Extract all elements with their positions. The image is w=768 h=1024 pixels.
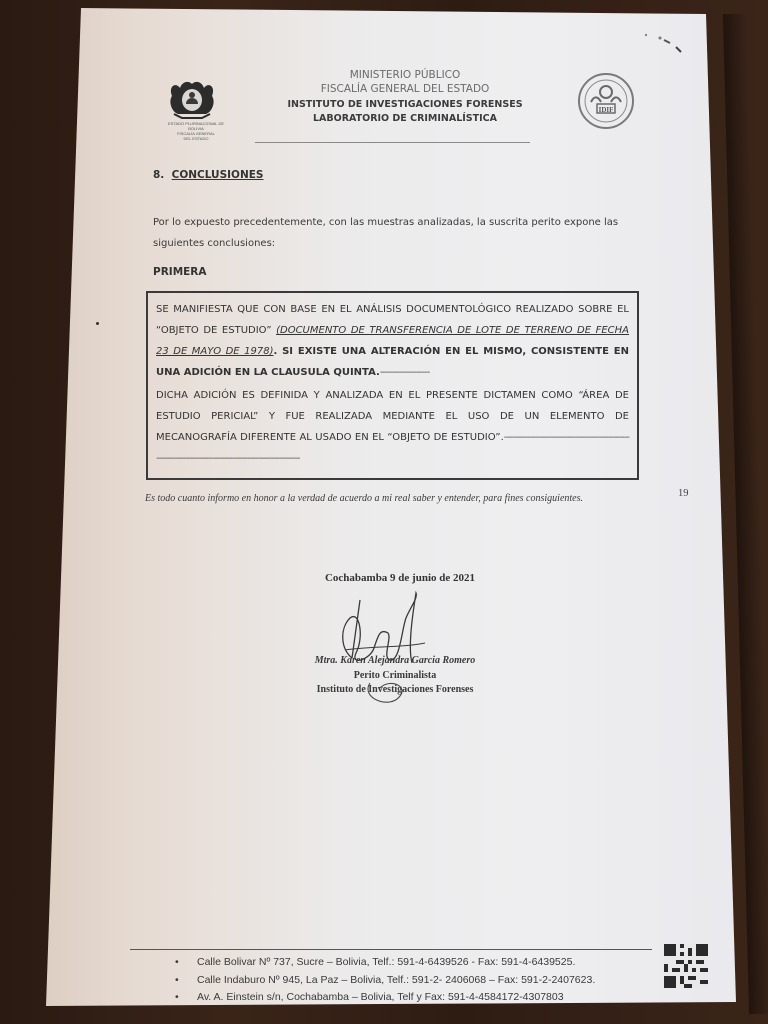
conclusion-paragraph-1: SE MANIFIESTA QUE CON BASE EN EL ANÁLISI… bbox=[156, 299, 629, 383]
page-number: 19 bbox=[678, 488, 689, 499]
conclusion-box: SE MANIFIESTA QUE CON BASE EN EL ANÁLISI… bbox=[146, 291, 639, 480]
header-fiscalia: FISCALÍA GENERAL DEL ESTADO bbox=[260, 83, 550, 95]
bullet: • bbox=[175, 956, 197, 968]
footer-address: •Calle Indaburo Nº 945, La Paz – Bolivia… bbox=[175, 974, 595, 986]
svg-text:IDIF: IDIF bbox=[599, 106, 614, 114]
signatory-institution: Instituto de Investigaciones Forenses bbox=[240, 684, 550, 695]
coat-caption-line: ESTADO PLURINACIONAL DE BOLIVIA bbox=[160, 121, 232, 131]
ink-dot bbox=[96, 322, 99, 325]
document-page bbox=[0, 0, 768, 1024]
closing-statement: Es todo cuanto informo en honor a la ver… bbox=[145, 488, 655, 509]
header-institute: INSTITUTO DE INVESTIGACIONES FORENSES bbox=[260, 99, 550, 110]
footer-address: •Calle Bolivar Nº 737, Sucre – Bolivia, … bbox=[175, 956, 575, 968]
stain-marks bbox=[640, 30, 690, 60]
coat-caption-line: DEL ESTADO bbox=[160, 136, 232, 141]
bullet: • bbox=[175, 974, 197, 986]
footer-address-text: Calle Indaburo Nº 945, La Paz – Bolivia,… bbox=[197, 974, 595, 986]
section-heading: 8. CONCLUSIONES bbox=[153, 169, 264, 181]
signatory-name: Mtra. Karen Alejandra Garcia Romero bbox=[240, 655, 550, 666]
header-divider bbox=[255, 142, 530, 143]
qr-code-icon bbox=[664, 944, 708, 988]
intro-paragraph: Por lo expuesto precedentemente, con las… bbox=[153, 212, 653, 254]
conclusion-subheading: PRIMERA bbox=[153, 266, 207, 278]
idif-seal-icon: IDIF bbox=[577, 72, 635, 130]
coat-caption: ESTADO PLURINACIONAL DE BOLIVIA FISCALÍA… bbox=[160, 121, 232, 141]
footer-address: •Av. A. Einstein s/n, Cochabamba – Boliv… bbox=[175, 991, 564, 1002]
header-laboratory: LABORATORIO DE CRIMINALÍSTICA bbox=[260, 113, 550, 124]
footer-address-text: Calle Bolivar Nº 737, Sucre – Bolivia, T… bbox=[197, 956, 575, 968]
conclusion-paragraph-2: DICHA ADICIÓN ES DEFINIDA Y ANALIZADA EN… bbox=[156, 385, 629, 469]
section-title: CONCLUSIONES bbox=[172, 169, 264, 181]
signatory-role: Perito Criminalista bbox=[240, 670, 550, 681]
footer-address-text: Av. A. Einstein s/n, Cochabamba – Bolivi… bbox=[197, 991, 564, 1002]
bullet: • bbox=[175, 991, 197, 1002]
bolivia-coat-of-arms-icon bbox=[166, 78, 218, 120]
section-number: 8. bbox=[153, 169, 164, 181]
footer-divider bbox=[130, 949, 652, 950]
place-and-date: Cochabamba 9 de junio de 2021 bbox=[260, 572, 540, 584]
dash-fill: ------------------- bbox=[380, 367, 430, 378]
header-ministry: MINISTERIO PÚBLICO bbox=[260, 69, 550, 81]
